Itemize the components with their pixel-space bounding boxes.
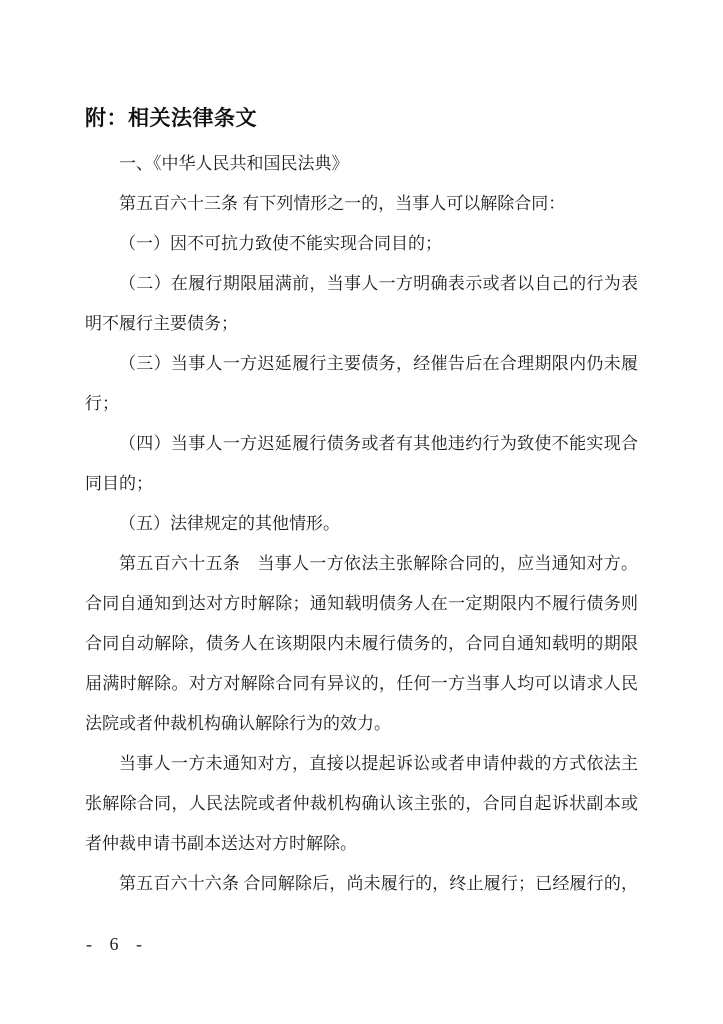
text-line-565-cont-1: 合同自通知到达对方时解除；通知载明债务人在一定期限内不履行债务则 [85, 584, 638, 624]
text-line-item-5: （五）法律规定的其他情形。 [85, 504, 638, 544]
text-line-565-para2-cont-2: 者仲裁申请书副本送达对方时解除。 [85, 824, 638, 864]
text-line-item-3-cont: 行； [85, 384, 638, 424]
text-line-item-3: （三）当事人一方迟延履行主要债务，经催告后在合理期限内仍未履 [85, 344, 638, 384]
text-line-article-566: 第五百六十六条 合同解除后，尚未履行的，终止履行；已经履行的， [85, 864, 638, 904]
text-line-565-cont-3: 届满时解除。对方对解除合同有异议的，任何一方当事人均可以请求人民 [85, 664, 638, 704]
text-line-item-2-cont: 明不履行主要债务； [85, 304, 638, 344]
text-line-565-cont-2: 合同自动解除，债务人在该期限内未履行债务的，合同自通知载明的期限 [85, 624, 638, 664]
text-line-article-565: 第五百六十五条 当事人一方依法主张解除合同的，应当通知对方。 [85, 544, 638, 584]
document-page: 附：相关法律条文 一、《中华人民共和国民法典》 第五百六十三条 有下列情形之一的… [0, 0, 723, 1024]
text-line-565-cont-4: 法院或者仲裁机构确认解除行为的效力。 [85, 704, 638, 744]
text-line-item-4-cont: 同目的； [85, 464, 638, 504]
text-line-item-1: （一）因不可抗力致使不能实现合同目的； [85, 224, 638, 264]
document-body: 一、《中华人民共和国民法典》 第五百六十三条 有下列情形之一的，当事人可以解除合… [85, 144, 638, 904]
text-line-item-4: （四）当事人一方迟延履行债务或者有其他违约行为致使不能实现合 [85, 424, 638, 464]
text-line-item-2: （二）在履行期限届满前，当事人一方明确表示或者以自己的行为表 [85, 264, 638, 304]
text-line-law-title: 一、《中华人民共和国民法典》 [85, 144, 638, 184]
attachment-heading: 附：相关法律条文 [85, 99, 638, 139]
text-line-565-para2: 当事人一方未通知对方，直接以提起诉讼或者申请仲裁的方式依法主 [85, 744, 638, 784]
page-number: - 6 - [86, 934, 146, 955]
text-line-565-para2-cont-1: 张解除合同，人民法院或者仲裁机构确认该主张的，合同自起诉状副本或 [85, 784, 638, 824]
text-line-article-563: 第五百六十三条 有下列情形之一的，当事人可以解除合同： [85, 184, 638, 224]
